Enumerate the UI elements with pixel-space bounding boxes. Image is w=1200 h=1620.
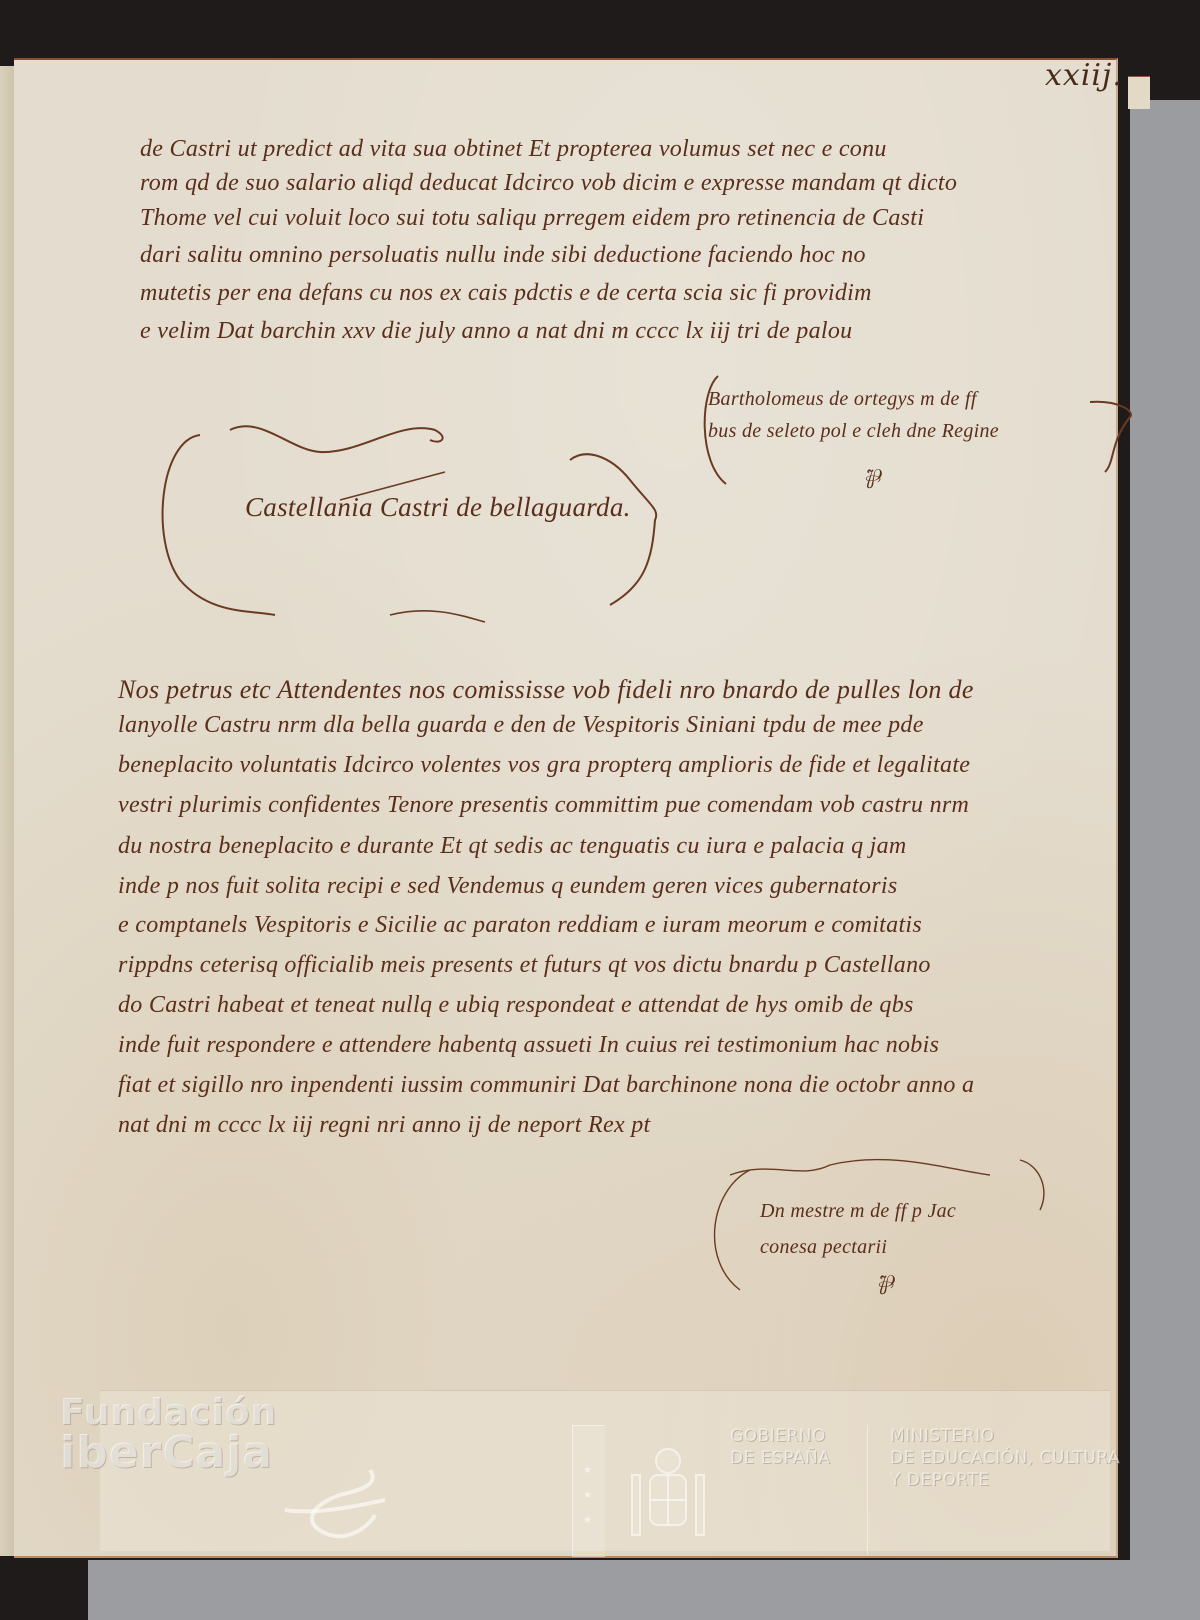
watermark-divider xyxy=(867,1425,868,1555)
paraph-mark: ⅌ xyxy=(875,1266,892,1302)
underlying-leaf-corner xyxy=(1128,76,1150,109)
text-line: e velim Dat barchin xxv die july anno a … xyxy=(140,318,852,345)
fundacion-ibercaja-watermark: Fundación iberCaja xyxy=(60,1393,277,1473)
star-icon: ★ xyxy=(583,1515,592,1526)
watermark-line: DE EDUCACIÓN, CULTURA xyxy=(890,1447,1120,1469)
star-icon: ★ xyxy=(583,1465,592,1476)
ministerio-watermark: MINISTERIO DE EDUCACIÓN, CULTURA Y DEPOR… xyxy=(890,1425,1120,1491)
text-line: Nos petrus etc Attendentes nos comississ… xyxy=(118,675,974,705)
text-line: do Castri habeat et teneat nullq e ubiq … xyxy=(118,992,914,1019)
annotation-line: Bartholomeus de ortegys m de ff xyxy=(708,388,977,411)
spain-coat-of-arms-icon xyxy=(628,1445,708,1545)
gobierno-espana-watermark: GOBIERNO DE ESPAÑA xyxy=(730,1425,830,1469)
signature-line: conesa pectarii xyxy=(760,1236,887,1259)
text-line: beneplacito voluntatis Idcirco volentes … xyxy=(118,752,970,779)
text-line: inde fuit respondere e attendere habentq… xyxy=(118,1032,939,1059)
text-line: e comptanels Vespitoris e Sicilie ac par… xyxy=(118,912,922,939)
text-line: lanyolle Castru nrm dla bella guarda e d… xyxy=(118,712,924,739)
folio-number: xxiij. xyxy=(1045,58,1123,93)
text-line: Thome vel cui voluit loco sui totu saliq… xyxy=(140,205,924,232)
text-line: inde p nos fuit solita recipi e sed Vend… xyxy=(118,873,897,900)
text-line: rom qd de suo salario aliqd deducat Idci… xyxy=(140,170,957,197)
signature-line: Dn mestre m de ff p Jac xyxy=(760,1200,956,1223)
text-line: rippdns ceterisq officialib meis present… xyxy=(118,952,931,979)
text-line: dari salitu omnino persoluatis nullu ind… xyxy=(140,242,866,269)
annotation-line: bus de seleto pol e cleh dne Regine xyxy=(708,420,999,443)
background-dark-bottom-left xyxy=(0,1556,88,1620)
watermark-line: iberCaja xyxy=(60,1433,277,1473)
watermark-line: Y DEPORTE xyxy=(890,1469,1120,1491)
watermark-line: GOBIERNO xyxy=(730,1425,830,1447)
star-icon: ★ xyxy=(583,1490,592,1501)
text-line: mutetis per ena defans cu nos ex cais pd… xyxy=(140,280,872,307)
watermark-line: DE ESPAÑA xyxy=(730,1447,830,1469)
text-line: vestri plurimis confidentes Tenore prese… xyxy=(118,792,969,819)
background-gray-right xyxy=(1130,100,1200,1620)
background-gray-bottom xyxy=(88,1560,1200,1620)
watermark-line: MINISTERIO xyxy=(890,1425,1120,1447)
text-line: de Castri ut predict ad vita sua obtinet… xyxy=(140,136,887,163)
paraph-mark: ⅌ xyxy=(862,460,879,496)
text-line: fiat et sigillo nro inpendenti iussim co… xyxy=(118,1072,974,1099)
heading-title: Castellania Castri de bellaguarda. xyxy=(245,492,631,523)
text-line: nat dni m cccc lx iij regni nri anno ij … xyxy=(118,1112,650,1139)
text-line: du nostra beneplacito e durante Et qt se… xyxy=(118,833,907,860)
